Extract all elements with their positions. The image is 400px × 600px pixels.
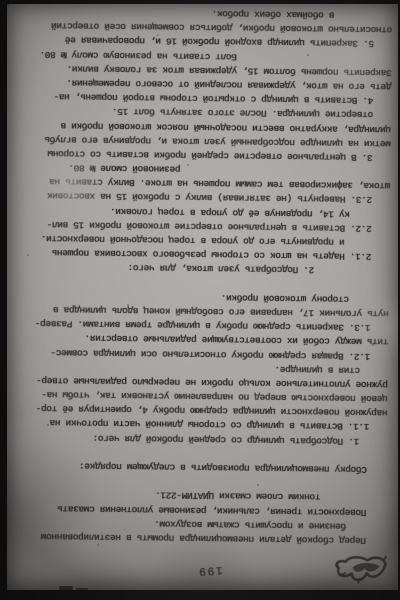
ink-blot-icon <box>331 552 390 587</box>
edge-marks <box>59 586 73 590</box>
page-header: 199 <box>7 545 395 590</box>
text-block: Перед сборкой детали пневмоцилиндра пром… <box>11 4 393 547</box>
paper-speckles <box>7 4 9 6</box>
scanned-page: 199 Перед сборкой детали пневмоцилиндра … <box>7 4 398 590</box>
page-number: 199 <box>197 563 223 577</box>
page-content-rotated: 199 Перед сборкой детали пневмоцилиндра … <box>7 4 398 590</box>
